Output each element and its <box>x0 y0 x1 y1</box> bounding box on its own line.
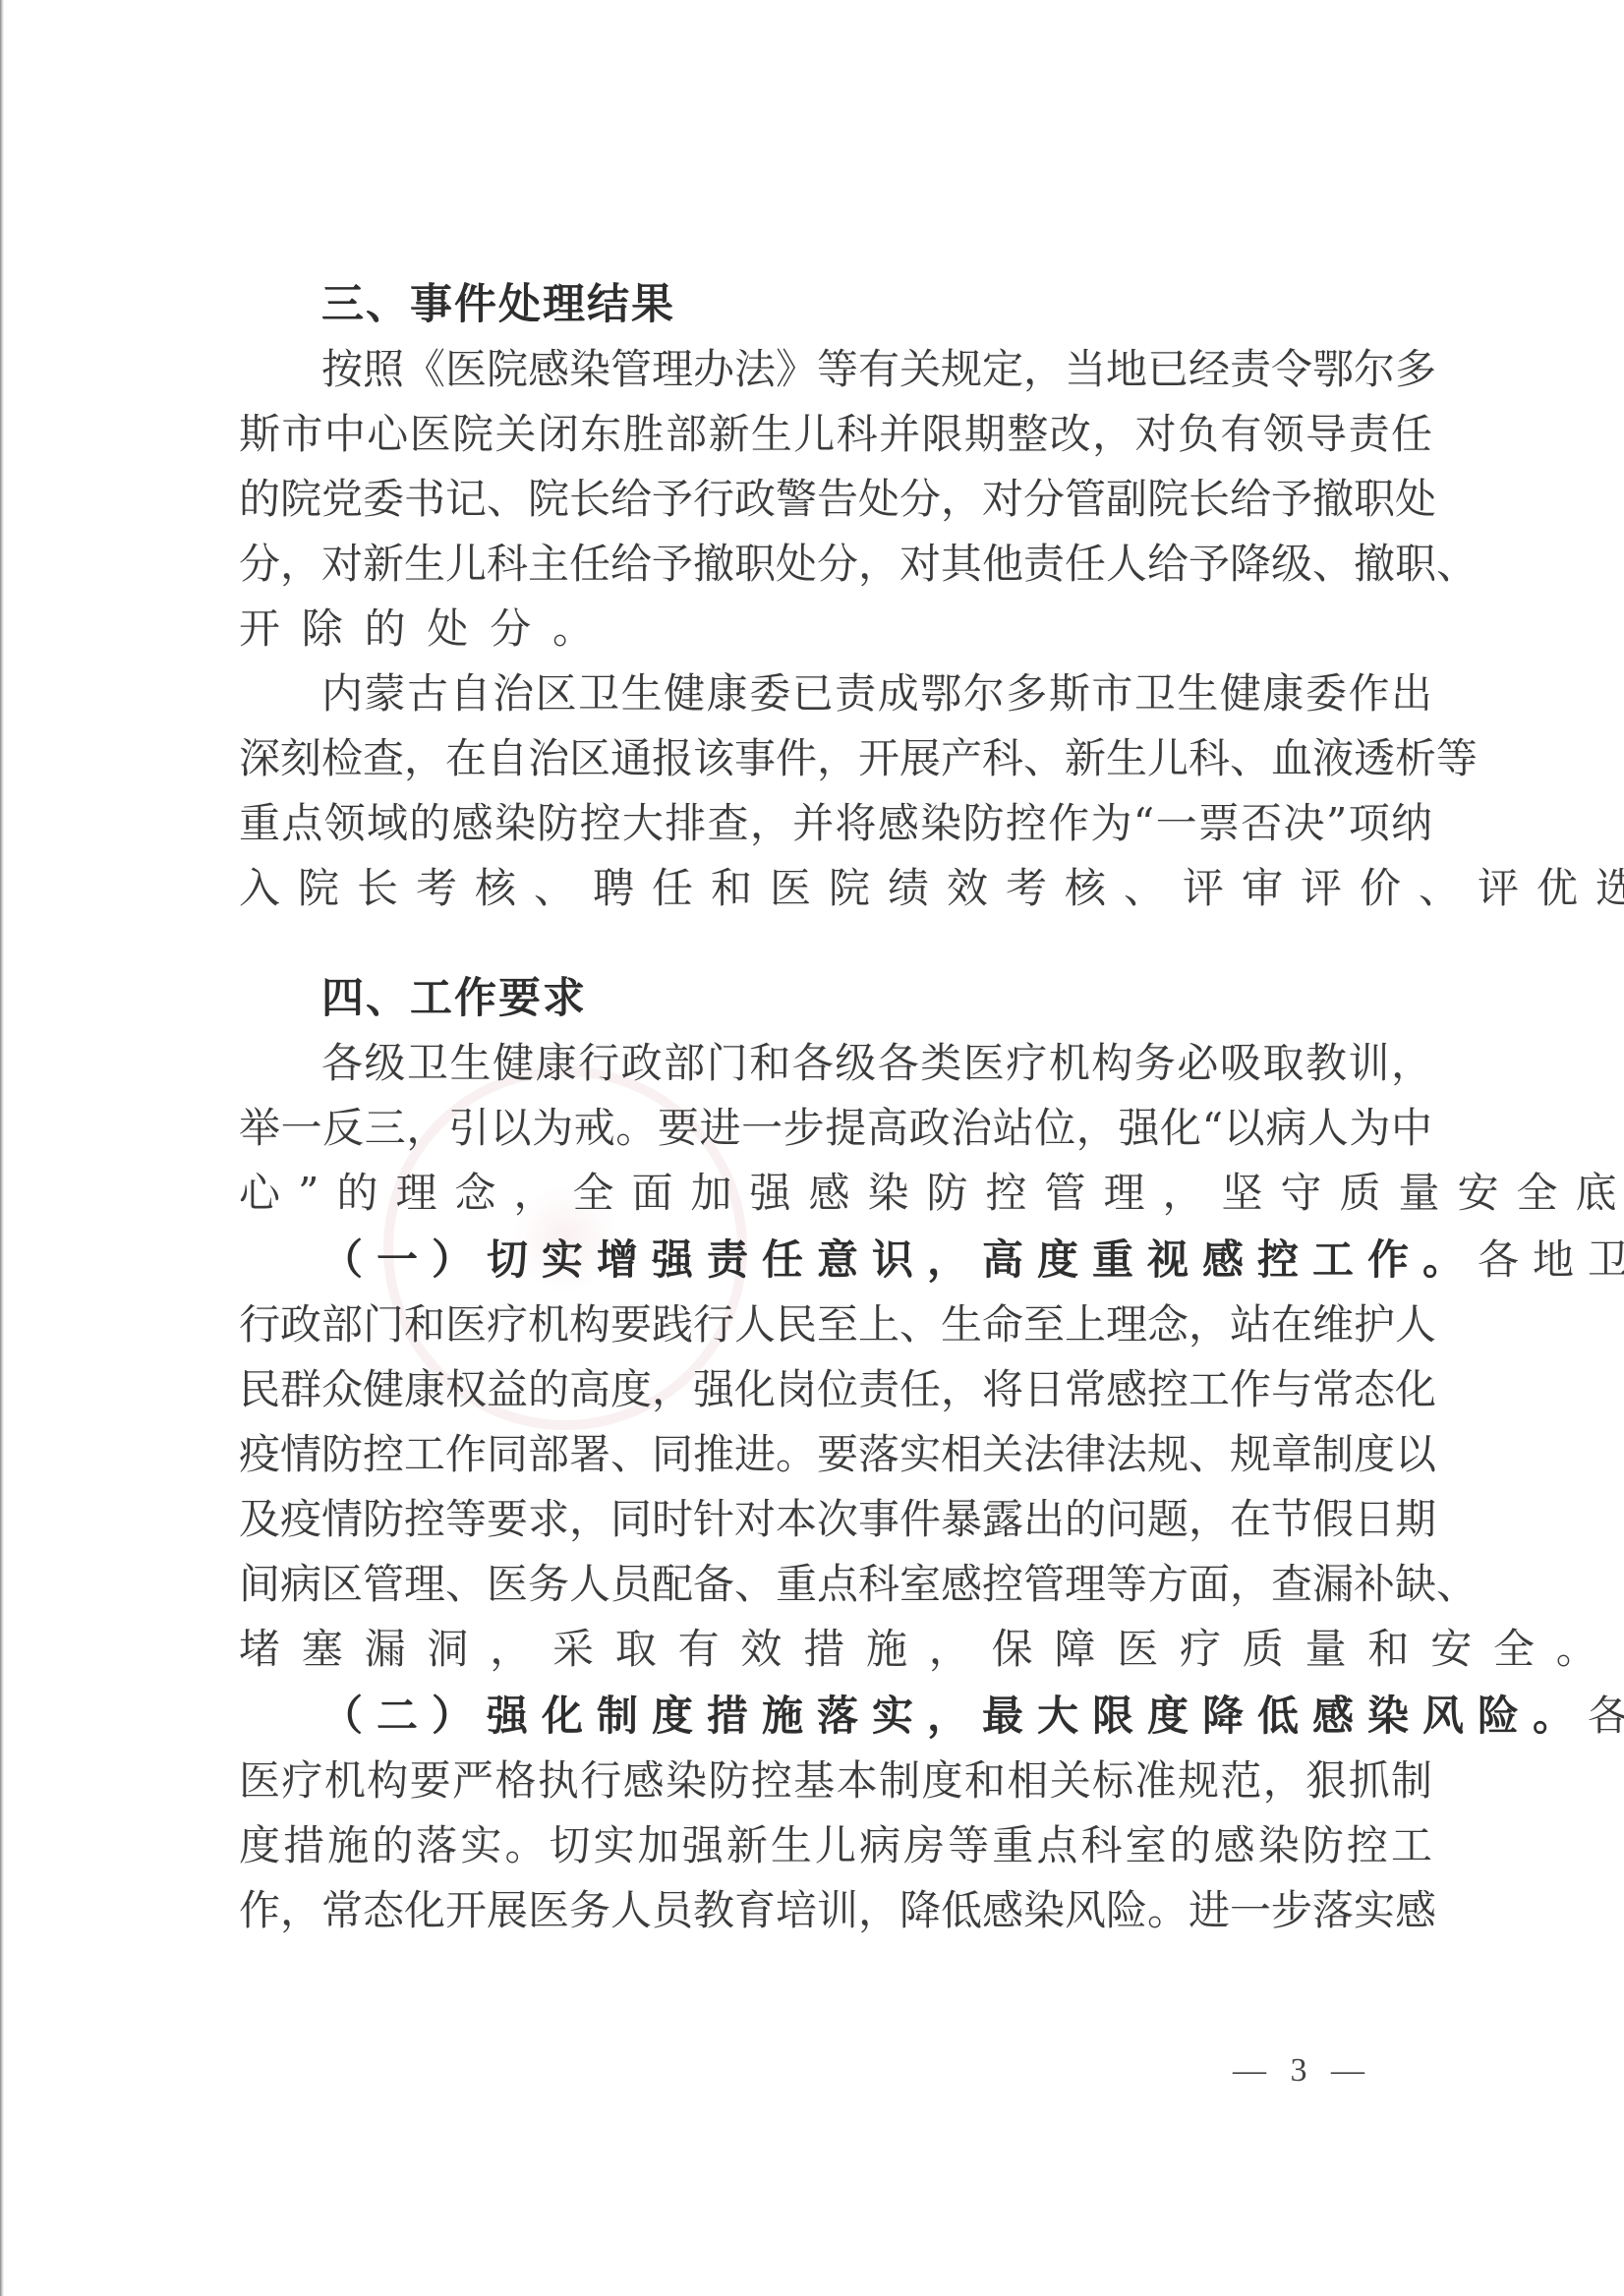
paragraph-line: 行政部门和医疗机构要践行人民至上、生命至上理念，站在维护人 <box>239 1292 1432 1357</box>
paragraph-line: 分，对新生儿科主任给予撤职处分，对其他责任人给予降级、撤职、 <box>239 532 1432 597</box>
page-number: — 3 — <box>1219 2046 1386 2095</box>
paragraph-line: 重点领域的感染防控大排查，并将感染防控作为“一票否决”项纳 <box>239 791 1432 856</box>
paragraph-line: 间病区管理、医务人员配备、重点科室感控管理等方面，查漏补缺、 <box>239 1552 1432 1617</box>
scan-page-edge <box>0 0 4 2296</box>
paragraph-text: 各地卫生健康 <box>1478 1235 1624 1284</box>
paragraph-line: 开除的处分。 <box>239 597 1432 661</box>
section-heading-four: 四、工作要求 <box>321 966 1515 1031</box>
subsection-title-one: （一）切实增强责任意识，高度重视感控工作。 <box>321 1235 1478 1284</box>
paragraph-line: 度措施的落实。切实加强新生儿病房等重点科室的感染防控工 <box>239 1813 1432 1878</box>
paragraph-line: 内蒙古自治区卫生健康委已责成鄂尔多斯市卫生健康委作出 <box>321 661 1432 726</box>
section-heading-three: 三、事件处理结果 <box>321 272 1515 337</box>
paragraph-line: 斯市中心医院关闭东胜部新生儿科并限期整改，对负有领导责任 <box>239 402 1432 467</box>
subsection-title-two: （二）强化制度措施落实，最大限度降低感染风险。 <box>321 1692 1588 1740</box>
paragraph-line: 疫情防控工作同部署、同推进。要落实相关法律法规、规章制度以 <box>239 1422 1432 1487</box>
paragraph-line: 及疫情防控等要求，同时针对本次事件暴露出的问题，在节假日期 <box>239 1487 1432 1552</box>
paragraph-line: 心”的理念，全面加强感染防控管理，坚守质量安全底线。 <box>239 1161 1432 1226</box>
paragraph-line: 医疗机构要严格执行感染防控基本制度和相关标准规范，狠抓制 <box>239 1749 1432 1813</box>
paragraph-line: 作，常态化开展医务人员教育培训，降低感染风险。进一步落实感 <box>239 1878 1432 1943</box>
paragraph-line: 各级卫生健康行政部门和各级各类医疗机构务必吸取教训， <box>321 1031 1432 1096</box>
paragraph-line: 举一反三，引以为戒。要进一步提高政治站位，强化“以病人为中 <box>239 1096 1432 1161</box>
paragraph-line: 入院长考核、聘任和医院绩效考核、评审评价、评优选先等工作。 <box>239 856 1432 921</box>
paragraph-line: 的院党委书记、院长给予行政警告处分，对分管副院长给予撤职处 <box>239 467 1432 532</box>
subsection-first-line-one: （一）切实增强责任意识，高度重视感控工作。各地卫生健康 <box>321 1228 1432 1292</box>
paragraph-line: 民群众健康权益的高度，强化岗位责任，将日常感控工作与常态化 <box>239 1357 1432 1422</box>
paragraph-line: 堵塞漏洞，采取有效措施，保障医疗质量和安全。 <box>239 1617 1432 1682</box>
subsection-first-line-two: （二）强化制度措施落实，最大限度降低感染风险。各级各类 <box>321 1684 1432 1749</box>
paragraph-line: 深刻检查，在自治区通报该事件，开展产科、新生儿科、血液透析等 <box>239 726 1432 791</box>
paragraph-line: 按照《医院感染管理办法》等有关规定，当地已经责令鄂尔多 <box>321 337 1432 402</box>
paragraph-text: 各级各类 <box>1588 1692 1624 1740</box>
